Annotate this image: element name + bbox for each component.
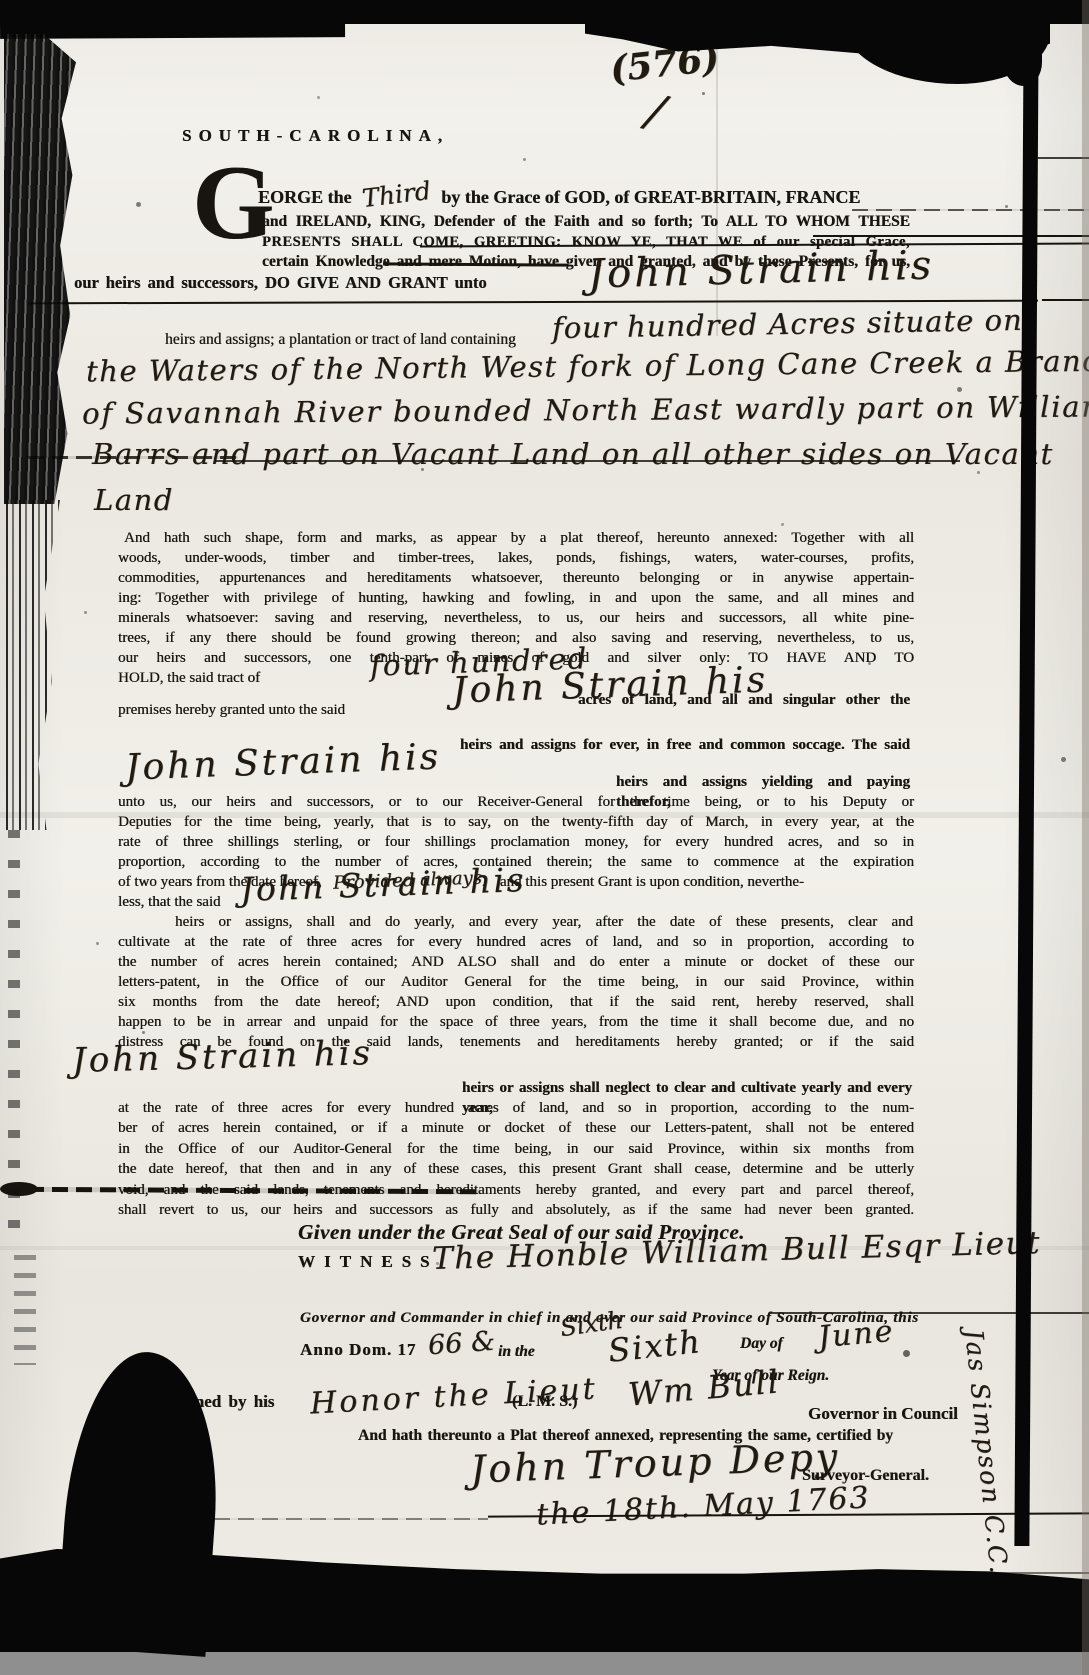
grant-body-line: unto us, our heirs and successors, or to… (118, 792, 914, 812)
grant-body-line: And hath such shape, form and marks, as … (124, 528, 914, 548)
grantee-signature-5: John Strain his (72, 1036, 374, 1078)
land-description-hw-5: Land (94, 486, 174, 515)
grant-body-line: ing: Together with privilege of hunting,… (118, 588, 914, 608)
royal-style-line-5: our heirs and successors, DO GIVE AND GR… (74, 273, 487, 293)
in-the-label: in the (498, 1342, 535, 1362)
royal-style-line-1a: EORGE the (258, 187, 352, 207)
grant-body-line: cultivate at the rate of three acres for… (118, 932, 914, 952)
strike-line (813, 235, 1089, 237)
scanned-land-grant-document: (576) / SOUTH-CAROLINA, G EORGE the Thir… (0, 0, 1089, 1675)
grant-body-line: in the Office of our Auditor-General for… (118, 1139, 914, 1159)
grant-body-line: happen to be in arrear and unpaid for th… (118, 1012, 914, 1032)
fold-line (852, 209, 1089, 211)
governor-in-council-label: Governor in Council (808, 1404, 958, 1424)
grant-body-line: woods, under-woods, timber and timber-tr… (118, 548, 914, 568)
grant-body-line: HOLD, the said tract of (118, 668, 260, 688)
grant-body-line: less, that the said (118, 892, 220, 912)
anno-dom-label: Anno Dom. 17 (300, 1340, 416, 1360)
grant-body-line: shall revert to us, our heirs and succes… (118, 1200, 914, 1220)
royal-style-line-1b: by the Grace of GOD, of GREAT-BRITAIN, F… (441, 187, 860, 207)
land-description-hw-3: of Savannah River bounded North East war… (82, 392, 1089, 428)
day-of-label: Day of (740, 1334, 783, 1354)
premises-tail-line: premises hereby granted unto the said (118, 700, 345, 720)
grantee-signature-1: John Strain his (588, 245, 935, 294)
fold-line (215, 460, 960, 462)
paper-crease (0, 812, 1089, 818)
grant-body-line: commodities, appurtenances and hereditam… (118, 568, 914, 588)
year-handwritten: 66 & (427, 1328, 496, 1360)
grant-body-line: ber of acres herein contained, or if a m… (118, 1118, 914, 1138)
royal-style-line-1: EORGE the Third by the Grace of GOD, of … (258, 182, 860, 207)
grant-body-line: at the rate of three acres for every hun… (118, 1098, 914, 1118)
regnal-name-handwritten: Third (361, 178, 432, 211)
royal-style-line-2: and IRELAND, KING, Defender of the Faith… (262, 212, 910, 232)
regnal-year-handwritten: Sixth (607, 1325, 704, 1367)
grant-body-line: rate of three shillings sterling, or fou… (118, 832, 914, 852)
grant-body-line: the date hereof, that then and in any of… (118, 1159, 914, 1179)
month-handwritten: June (817, 1317, 896, 1354)
land-description-hw-1: four hundred Acres situate on (552, 306, 1023, 343)
grant-body-line: letters-patent, in the Office of our Aud… (118, 972, 914, 992)
colony-title: SOUTH-CAROLINA, (182, 126, 449, 146)
scan-fold-band-right (1002, 34, 1042, 86)
paper-crease (0, 1246, 1089, 1250)
grant-body-line: the number of acres herein contained; AN… (118, 952, 914, 972)
paper-crease (716, 36, 718, 336)
lms-seal-label: (L. M. S.) (512, 1392, 577, 1412)
clear-cultivate-line: heirs or assigns, shall and do yearly, a… (175, 912, 913, 932)
provided-line-b: and this present Grant is upon condition… (500, 874, 804, 890)
land-intro-line: heirs and assigns; a plantation or tract… (165, 330, 516, 350)
strike-line (770, 1312, 1089, 1314)
grant-body-line: six months from the date hereof; AND upo… (118, 992, 914, 1012)
grant-body-line: minerals whatsoever: saving and reservin… (118, 608, 914, 628)
land-description-hw-4: Barrs and part on Vacant Land on all oth… (92, 440, 1054, 469)
scan-edge-left (14, 1255, 36, 1365)
witness-label: WITNESS (298, 1252, 438, 1272)
scan-edge-left (8, 830, 20, 1250)
scan-specks (0, 0, 3, 3)
scan-edge-right (1082, 0, 1089, 1675)
tenure-line: heirs and assigns for ever, in free and … (460, 735, 910, 755)
scan-edge-top (0, 0, 345, 39)
grantee-signature-4: John Strain his (240, 863, 527, 906)
